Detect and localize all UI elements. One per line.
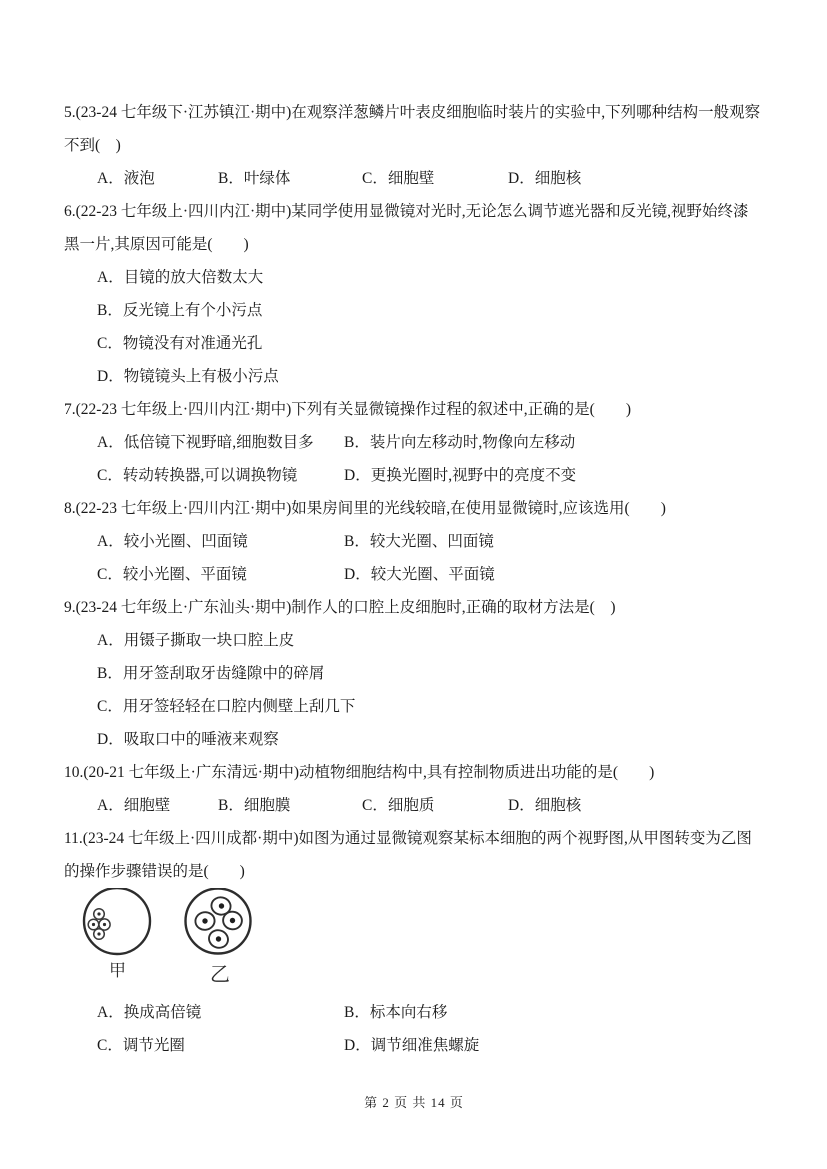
options-row: A．细胞壁 B．细胞膜 C．细胞质 D．细胞核 — [64, 789, 764, 822]
options-row: C．用牙签轻轻在口腔内侧壁上刮几下 — [64, 690, 764, 723]
option-b: B．标本向右移 — [344, 996, 447, 1029]
question-9: 9.(23-24 七年级上·广东汕头·期中)制作人的口腔上皮细胞时,正确的取材方… — [64, 591, 764, 756]
options-row: A．目镜的放大倍数太大 — [64, 261, 764, 294]
view-jia-cells — [88, 909, 110, 940]
options-row: A．换成高倍镜 B．标本向右移 — [64, 996, 764, 1029]
option-a: A．目镜的放大倍数太大 — [97, 261, 263, 294]
option-b: B．装片向左移动时,物像向左移动 — [344, 426, 575, 459]
question-stem: 8.(22-23 七年级上·四川内江·期中)如果房间里的光线较暗,在使用显微镜时… — [64, 492, 764, 525]
option-b: B．细胞膜 — [218, 789, 290, 822]
options-row: A．液泡 B．叶绿体 C．细胞壁 D．细胞核 — [64, 162, 764, 195]
question-5: 5.(23-24 七年级下·江苏镇江·期中)在观察洋葱鳞片叶表皮细胞临时装片的实… — [64, 96, 764, 195]
option-a: A．用镊子撕取一块口腔上皮 — [97, 624, 294, 657]
option-b: B．叶绿体 — [218, 162, 290, 195]
question-stem: 11.(23-24 七年级上·四川成都·期中)如图为通过显微镜观察某标本细胞的两… — [64, 822, 764, 888]
option-a: A．较小光圈、凹面镜 — [97, 525, 248, 558]
exam-page: 5.(23-24 七年级下·江苏镇江·期中)在观察洋葱鳞片叶表皮细胞临时装片的实… — [0, 0, 827, 1119]
label-yi: 乙 — [210, 964, 230, 986]
option-c: C．调节光圈 — [97, 1029, 185, 1062]
option-c: C．物镜没有对准通光孔 — [97, 327, 262, 360]
options-row: D．吸取口中的唾液来观察 — [64, 723, 764, 756]
option-c: C．转动转换器,可以调换物镜 — [97, 459, 297, 492]
option-d: D．物镜镜头上有极小污点 — [97, 360, 279, 393]
microscope-views-figure: 甲 乙 — [64, 888, 764, 996]
page-number-label: 第 2 页 共 14 页 — [364, 1095, 464, 1110]
question-6: 6.(22-23 七年级上·四川内江·期中)某同学使用显微镜对光时,无论怎么调节… — [64, 195, 764, 393]
question-stem: 10.(20-21 七年级上·广东清远·期中)动植物细胞结构中,具有控制物质进出… — [64, 756, 764, 789]
options-row: D．物镜镜头上有极小污点 — [64, 360, 764, 393]
label-jia: 甲 — [109, 961, 126, 980]
options-row: C．物镜没有对准通光孔 — [64, 327, 764, 360]
option-b: B．用牙签刮取牙齿缝隙中的碎屑 — [97, 657, 324, 690]
option-c: C．用牙签轻轻在口腔内侧壁上刮几下 — [97, 690, 355, 723]
question-stem: 7.(22-23 七年级上·四川内江·期中)下列有关显微镜操作过程的叙述中,正确… — [64, 393, 764, 426]
option-a: A．细胞壁 — [97, 789, 170, 822]
option-d: D．细胞核 — [508, 789, 581, 822]
options-row: B．用牙签刮取牙齿缝隙中的碎屑 — [64, 657, 764, 690]
option-d: D．较大光圈、平面镜 — [344, 558, 495, 591]
options-row: A．低倍镜下视野暗,细胞数目多 B．装片向左移动时,物像向左移动 — [64, 426, 764, 459]
option-a: A．低倍镜下视野暗,细胞数目多 — [97, 426, 314, 459]
question-10: 10.(20-21 七年级上·广东清远·期中)动植物细胞结构中,具有控制物质进出… — [64, 756, 764, 822]
options-row: C．调节光圈 D．调节细准焦螺旋 — [64, 1029, 764, 1062]
question-stem: 6.(22-23 七年级上·四川内江·期中)某同学使用显微镜对光时,无论怎么调节… — [64, 195, 764, 261]
question-11: 11.(23-24 七年级上·四川成都·期中)如图为通过显微镜观察某标本细胞的两… — [64, 822, 764, 1062]
options-row: C．较小光圈、平面镜 D．较大光圈、平面镜 — [64, 558, 764, 591]
option-d: D．调节细准焦螺旋 — [344, 1029, 479, 1062]
option-c: C．细胞质 — [362, 789, 434, 822]
field-of-view-diagram: 甲 乙 — [76, 888, 290, 994]
options-row: B．反光镜上有个小污点 — [64, 294, 764, 327]
option-d: D．细胞核 — [508, 162, 581, 195]
page-footer: 第 2 页 共 14 页 — [64, 1086, 764, 1119]
options-row: A．用镊子撕取一块口腔上皮 — [64, 624, 764, 657]
question-7: 7.(22-23 七年级上·四川内江·期中)下列有关显微镜操作过程的叙述中,正确… — [64, 393, 764, 492]
option-b: B．反光镜上有个小污点 — [97, 294, 262, 327]
option-a: A．换成高倍镜 — [97, 996, 201, 1029]
option-d: D．吸取口中的唾液来观察 — [97, 723, 279, 756]
option-d: D．更换光圈时,视野中的亮度不变 — [344, 459, 576, 492]
question-8: 8.(22-23 七年级上·四川内江·期中)如果房间里的光线较暗,在使用显微镜时… — [64, 492, 764, 591]
option-b: B．较大光圈、凹面镜 — [344, 525, 494, 558]
options-row: A．较小光圈、凹面镜 B．较大光圈、凹面镜 — [64, 525, 764, 558]
options-row: C．转动转换器,可以调换物镜 D．更换光圈时,视野中的亮度不变 — [64, 459, 764, 492]
option-a: A．液泡 — [97, 162, 155, 195]
question-stem: 9.(23-24 七年级上·广东汕头·期中)制作人的口腔上皮细胞时,正确的取材方… — [64, 591, 764, 624]
option-c: C．细胞壁 — [362, 162, 434, 195]
question-stem: 5.(23-24 七年级下·江苏镇江·期中)在观察洋葱鳞片叶表皮细胞临时装片的实… — [64, 96, 764, 162]
option-c: C．较小光圈、平面镜 — [97, 558, 247, 591]
view-yi-cells — [194, 896, 243, 951]
